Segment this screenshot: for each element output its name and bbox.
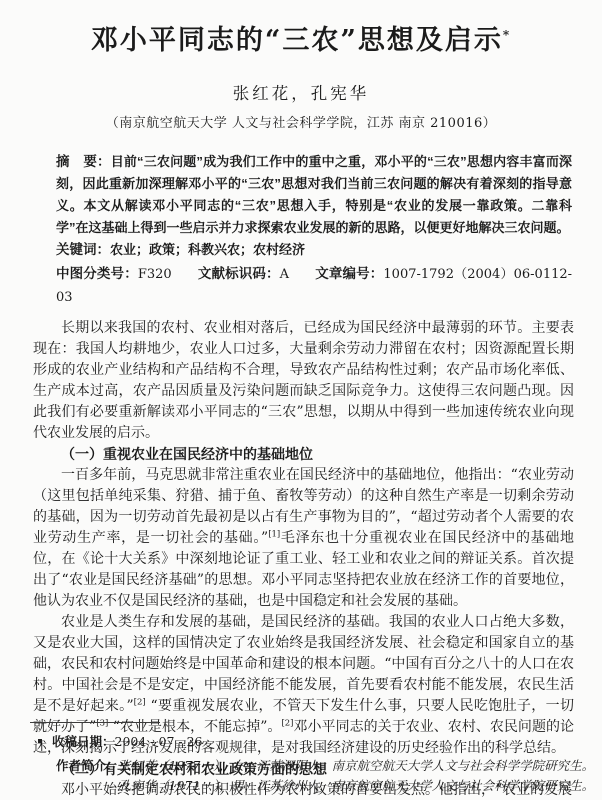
footnote-separator: [30, 722, 160, 724]
author-bio-line: 张红花（1977－），女，江苏泗阳人，南京航空航天大学人文与社会科学学院研究生。: [119, 756, 595, 776]
section-heading: （一）重视农业在国民经济中的基础地位: [33, 444, 574, 465]
title-footnote-marker: *: [503, 28, 511, 42]
author-bio-label: 作者简介：: [56, 756, 119, 796]
meta-block: 摘 要：目前“三农问题”成为我们工作中的重中之重，邓小平的“三农”思想内容丰富而…: [56, 151, 572, 309]
keywords-row: 关键词：农业；政策；科教兴农；农村经济: [56, 239, 572, 261]
abstract-text: 目前“三农问题”成为我们工作中的重中之重，邓小平的“三农”思想内容丰富而深刻，因…: [56, 154, 572, 235]
citation-marker: [1]: [268, 529, 280, 539]
article-id-label: 文章编号：: [315, 266, 383, 281]
citation-marker: [2]: [134, 697, 146, 707]
received-date-row: 收稿日期：2004 - 07 - 26: [38, 732, 602, 752]
affiliation-line: （南京航空航天大学 人文与社会科学学院，江苏 南京 210016）: [0, 112, 602, 131]
keywords-text: 农业；政策；科教兴农；农村经济: [110, 242, 305, 257]
page-title: 邓小平同志的“三农”思想及启示*: [40, 18, 562, 58]
footnote-bullet: [38, 739, 42, 743]
clc-value: F320: [138, 267, 172, 282]
paragraph: 一百多年前，马克思就非常注重农业在国民经济中的基础地位，他指出：“农业劳动（这里…: [33, 465, 574, 612]
paragraph: 长期以来我国的农村、农业相对落后，已经成为国民经济中最薄弱的环节。主要表现在：我…: [33, 318, 574, 444]
abstract-label: 摘 要：: [56, 154, 111, 169]
author-bio-line: 孔宪华（1971－），男，江苏徐州人，南京航空航天大学人文与社会科学学院研究生。: [119, 776, 595, 796]
doc-code-value: A: [280, 267, 289, 282]
abstract-row: 摘 要：目前“三农问题”成为我们工作中的重中之重，邓小平的“三农”思想内容丰富而…: [56, 151, 572, 239]
doc-code-label: 文献标识码：: [198, 266, 280, 281]
paper-title-text: 邓小平同志的“三农”思想及启示: [91, 25, 503, 56]
keywords-label: 关键词：: [56, 242, 110, 257]
paper-page: 邓小平同志的“三农”思想及启示* 张红花，孔宪华 （南京航空航天大学 人文与社会…: [0, 0, 602, 800]
classification-row: 中图分类号：F320文献标识码：A文章编号：1007-1792（2004）06-…: [56, 263, 572, 309]
received-date-label: 收稿日期：: [52, 735, 115, 749]
footnote-area: 收稿日期：2004 - 07 - 26 作者简介： 张红花（1977－），女，江…: [0, 722, 602, 797]
received-date-value: 2004 - 07 - 26: [115, 734, 203, 749]
clc-label: 中图分类号：: [56, 266, 138, 281]
authors-line: 张红花，孔宪华: [0, 80, 602, 104]
author-bio-row: 作者简介： 张红花（1977－），女，江苏泗阳人，南京航空航天大学人文与社会科学…: [56, 756, 602, 796]
author-bio-lines: 张红花（1977－），女，江苏泗阳人，南京航空航天大学人文与社会科学学院研究生。…: [119, 756, 595, 796]
